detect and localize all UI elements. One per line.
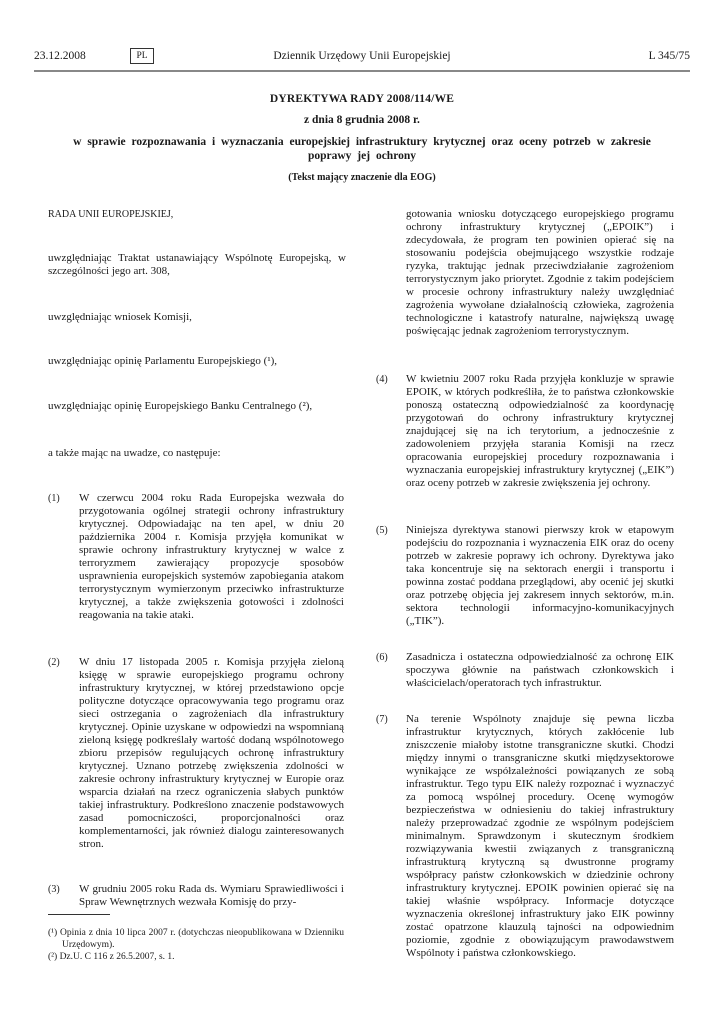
directive-number: DYREKTYWA RADY 2008/114/WE [60, 93, 664, 105]
recital-6: Zasadnicza i ostateczna odpowiedzialność… [406, 651, 674, 690]
citation-commission: uwzględniając wniosek Komisji, [48, 311, 346, 324]
recital-number: (5) [376, 525, 388, 536]
footnote-text: Dz.U. C 116 z 26.5.2007, s. 1. [60, 952, 175, 962]
footnote-mark: (²) [48, 952, 57, 962]
recital-1: W czerwcu 2004 roku Rada Europejska wezw… [79, 492, 344, 622]
footnote-1: (¹) Opinia z dnia 10 lipca 2007 r. (doty… [48, 928, 344, 951]
recital-3-part1: W grudniu 2005 roku Rada ds. Wymiaru Spr… [79, 883, 344, 909]
footnote-mark: (¹) [48, 928, 57, 938]
recital-5: Niniejsza dyrektywa stanowi pierwszy kro… [406, 524, 674, 628]
journal-title: Dziennik Urzędowy Unii Europejskiej [34, 50, 690, 62]
recitals-intro: a także mając na uwadze, co następuje: [48, 447, 346, 460]
recital-number: (3) [48, 884, 60, 895]
recital-4: W kwietniu 2007 roku Rada przyjęła konkl… [406, 373, 674, 490]
page-header: 23.12.2008 PL Dziennik Urzędowy Unii Eur… [34, 50, 690, 72]
page-reference: L 345/75 [649, 50, 690, 62]
eea-relevance: (Tekst mający znaczenie dla EOG) [60, 172, 664, 183]
recital-number: (4) [376, 374, 388, 385]
citation-parliament: uwzględniając opinię Parlamentu Europejs… [48, 355, 346, 368]
recital-number: (7) [376, 714, 388, 725]
citation-ecb: uwzględniając opinię Europejskiego Banku… [48, 400, 346, 413]
footnote-2: (²) Dz.U. C 116 z 26.5.2007, s. 1. [48, 952, 344, 964]
recital-number: (1) [48, 493, 60, 504]
footnote-text: Opinia z dnia 10 lipca 2007 r. (dotychcz… [60, 928, 344, 950]
council-heading: RADA UNII EUROPEJSKIEJ, [48, 208, 346, 221]
header-rule [34, 70, 690, 72]
recital-7: Na terenie Wspólnoty znajduje się pewna … [406, 713, 674, 960]
recital-3-part2: gotowania wniosku dotyczącego europejski… [406, 208, 674, 338]
document-title: DYREKTYWA RADY 2008/114/WE z dnia 8 grud… [60, 93, 664, 183]
directive-subject: w sprawie rozpoznawania i wyznaczania eu… [60, 135, 664, 163]
footnote-rule [48, 914, 110, 915]
directive-date: z dnia 8 grudnia 2008 r. [60, 114, 664, 126]
recital-number: (6) [376, 652, 388, 663]
recital-number: (2) [48, 657, 60, 668]
citation-treaty: uwzględniając Traktat ustanawiający Wspó… [48, 252, 346, 278]
recital-2: W dniu 17 listopada 2005 r. Komisja przy… [79, 656, 344, 851]
